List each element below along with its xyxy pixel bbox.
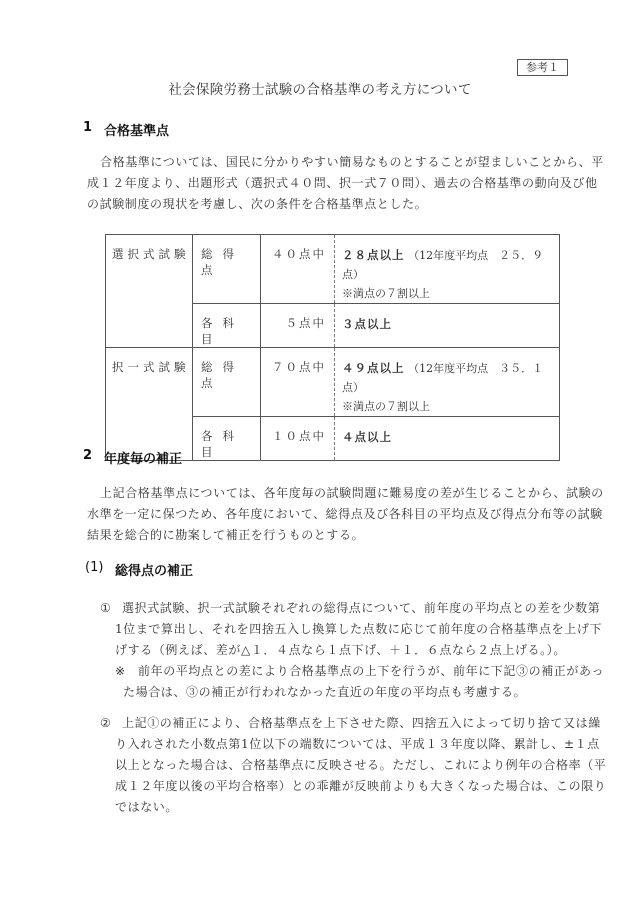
item1-note-line-2: た場合は、③の補正が行われなかった直近の年度の平均点も考慮する。 bbox=[123, 682, 526, 703]
item-cell: 各科目 bbox=[193, 304, 261, 348]
criteria-note: ※満点の７割以上 bbox=[342, 400, 430, 413]
item1-line-2: 1位まで算出し、それを四捨五入し換算した点数に応じて前年度の合格基準点を上げ下 bbox=[115, 619, 602, 640]
item2-line-4: 成１２年度以後の平均合格率）との乖離が反映前よりも大きくなった場合は、この限り bbox=[115, 776, 606, 797]
pass-criteria-table: 選択式試験 総得点 ４０点中 ２８点以上 （12年度平均点 ２５．９点） ※満点… bbox=[105, 234, 560, 461]
section1-para-line-1: 合格基準については、国民に分かりやすい簡易なものとすることが望ましいことから、平 bbox=[100, 152, 604, 173]
item2-line-1: 上記①の補正により、合格基準点を上下させた際、四捨五入によって切り捨て又は繰 bbox=[122, 713, 601, 734]
section2-para-line-2: 水準を一定に保つため、各年度において、総得点及び各科目の平均点及び得点分布等の試… bbox=[87, 504, 603, 525]
section1-para-line-3: の試験制度の現状を考慮し、次の条件を合格基準点とした。 bbox=[87, 194, 427, 215]
section1-heading: 合格基準点 bbox=[104, 120, 169, 139]
max-score-cell: １０点中 bbox=[261, 417, 335, 461]
table-row: 選択式試験 総得点 ４０点中 ２８点以上 （12年度平均点 ２５．９点） ※満点… bbox=[106, 235, 560, 304]
exam-type-cell: 選択式試験 bbox=[106, 235, 193, 348]
exam-type-cell: 択一式試験 bbox=[106, 348, 193, 461]
item2-line-2: り入れされた小数点第1位以下の端数については、平成１３年度以降、累計し、±１点 bbox=[115, 734, 600, 755]
subsection1-heading: 総得点の補正 bbox=[115, 560, 193, 579]
item-cell: 各科目 bbox=[193, 417, 261, 461]
result-cell: ４９点以上 （12年度平均点 ３５．１点） ※満点の７割以上 bbox=[335, 348, 560, 417]
item2-line-5: ではない。 bbox=[115, 797, 178, 818]
item1-note-marker: ※ bbox=[115, 661, 126, 682]
pass-score: ４９点以上 bbox=[342, 361, 405, 375]
item-cell: 総得点 bbox=[193, 235, 261, 304]
item1-marker: ① bbox=[100, 598, 111, 619]
result-cell: ４点以上 bbox=[335, 417, 560, 461]
section1-number: 1 bbox=[83, 120, 92, 135]
item1-line-3: げする（例えば、差が△１．４点なら１点下げ、＋１．６点なら２点上げる。）。 bbox=[115, 640, 566, 661]
section2-heading: 年度毎の補正 bbox=[104, 448, 182, 467]
section2-para-line-1: 上記合格基準点については、各年度毎の試験問題に難易度の差が生じることから、試験の bbox=[100, 483, 604, 504]
max-score-cell: ４０点中 bbox=[261, 235, 335, 304]
subsection1-number: (1) bbox=[85, 560, 103, 575]
max-score-cell: ５点中 bbox=[261, 304, 335, 348]
criteria-note: ※満点の７割以上 bbox=[342, 287, 430, 300]
max-score-cell: ７０点中 bbox=[261, 348, 335, 417]
pass-score: ４点以上 bbox=[342, 430, 392, 444]
section2-para-line-3: 結果を総合的に勘案して補正を行うものとする。 bbox=[87, 525, 364, 546]
item2-marker: ② bbox=[100, 713, 111, 734]
section1-para-line-2: 成１２年度より、出題形式（選択式４０問、択一式７０問）、過去の合格基準の動向及び… bbox=[87, 173, 598, 194]
item1-note-line-1: 前年の平均点との差により合格基準点の上下を行うが、前年に下記③の補正があっ bbox=[138, 661, 604, 682]
pass-score: ３点以上 bbox=[342, 317, 392, 331]
result-cell: ３点以上 bbox=[335, 304, 560, 348]
item2-line-3: 以上となった場合は、合格基準点に反映させる。ただし、これにより例年の合格率（平 bbox=[115, 755, 606, 776]
reference-label: 参考１ bbox=[517, 59, 568, 76]
result-cell: ２８点以上 （12年度平均点 ２５．９点） ※満点の７割以上 bbox=[335, 235, 560, 304]
table-row: 択一式試験 総得点 ７０点中 ４９点以上 （12年度平均点 ３５．１点） ※満点… bbox=[106, 348, 560, 417]
page-title: 社会保険労務士試験の合格基準の考え方について bbox=[0, 78, 640, 98]
pass-score: ２８点以上 bbox=[342, 248, 405, 262]
section2-number: 2 bbox=[83, 448, 92, 463]
item-cell: 総得点 bbox=[193, 348, 261, 417]
item1-line-1: 選択式試験、択一式試験それぞれの総得点について、前年度の平均点との差を少数第 bbox=[122, 598, 600, 619]
